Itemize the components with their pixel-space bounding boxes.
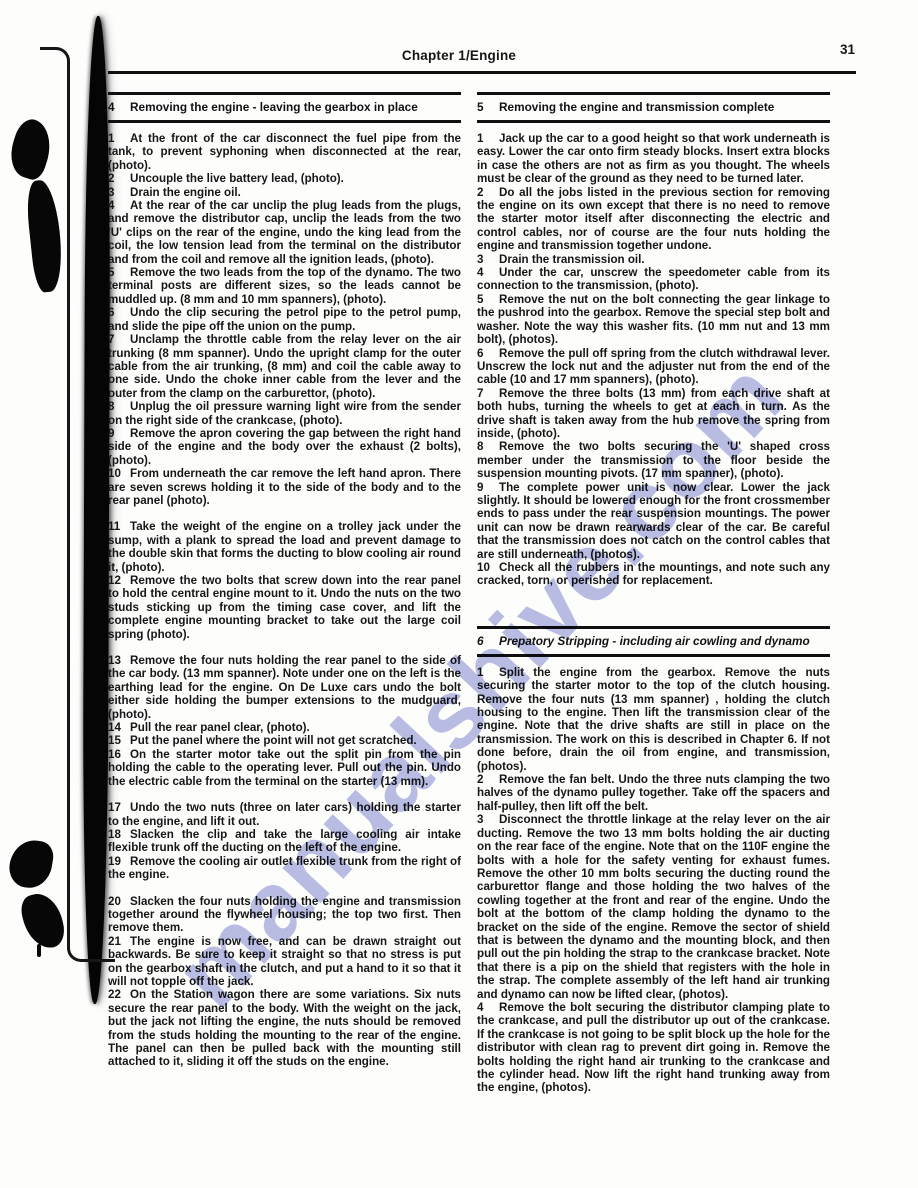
step-number: 13 bbox=[108, 654, 130, 667]
step-number: 1 bbox=[477, 132, 499, 145]
header-rule bbox=[108, 71, 856, 74]
step-number: 2 bbox=[477, 773, 499, 786]
step-number: 7 bbox=[477, 387, 499, 400]
step-number: 18 bbox=[108, 828, 130, 841]
step-number: 10 bbox=[477, 561, 499, 574]
scan-mark bbox=[37, 944, 41, 957]
book-spine-shadow bbox=[82, 16, 110, 1004]
step-number: 8 bbox=[108, 400, 130, 413]
step-number: 5 bbox=[477, 293, 499, 306]
step-6-3: 3Disconnect the throttle linkage at the … bbox=[477, 813, 830, 1001]
step-4-7: 7Unclamp the throttle cable from the rel… bbox=[108, 333, 461, 400]
step-4-17: 17Undo the two nuts (three on later cars… bbox=[108, 801, 461, 828]
step-number: 11 bbox=[108, 520, 130, 533]
section-4: 4Removing the engine - leaving the gearb… bbox=[108, 92, 461, 1069]
step-number: 19 bbox=[108, 855, 130, 868]
step-number: 15 bbox=[108, 734, 130, 747]
section-6-heading: 6Prepatory Stripping - including air cow… bbox=[477, 626, 830, 657]
step-4-2: 2Uncouple the live battery lead, (photo)… bbox=[108, 172, 461, 185]
section-5-heading: 5Removing the engine and transmission co… bbox=[477, 92, 830, 123]
step-number: 7 bbox=[108, 333, 130, 346]
step-4-19: 19Remove the cooling air outlet flexible… bbox=[108, 855, 461, 882]
step-4-18: 18Slacken the clip and take the large co… bbox=[108, 828, 461, 855]
step-4-15: 15Put the panel where the point will not… bbox=[108, 734, 461, 747]
step-number: 12 bbox=[108, 574, 130, 587]
step-5-3: 3Drain the transmission oil. bbox=[477, 253, 830, 266]
step-number: 1 bbox=[477, 666, 499, 679]
step-number: 22 bbox=[108, 988, 130, 1001]
step-6-4: 4Remove the bolt securing the distributo… bbox=[477, 1001, 830, 1095]
step-5-6: 6Remove the pull off spring from the clu… bbox=[477, 347, 830, 387]
step-5-8: 8Remove the two bolts securing the 'U' s… bbox=[477, 440, 830, 480]
step-number: 9 bbox=[108, 427, 130, 440]
step-number: 10 bbox=[108, 467, 130, 480]
step-4-22: 22On the Station wagon there are some va… bbox=[108, 988, 461, 1068]
step-4-9: 9Remove the apron covering the gap betwe… bbox=[108, 427, 461, 467]
step-6-2: 2Remove the fan belt. Undo the three nut… bbox=[477, 773, 830, 813]
step-number: 17 bbox=[108, 801, 130, 814]
section-5: 5Removing the engine and transmission co… bbox=[477, 92, 830, 588]
step-5-10: 10Check all the rubbers in the mountings… bbox=[477, 561, 830, 588]
step-number: 14 bbox=[108, 721, 130, 734]
step-5-7: 7Remove the three bolts (13 mm) from eac… bbox=[477, 387, 830, 441]
step-number: 6 bbox=[108, 306, 130, 319]
step-4-10: 10From underneath the car remove the lef… bbox=[108, 467, 461, 507]
step-number: 6 bbox=[477, 347, 499, 360]
step-6-1: 1Split the engine from the gearbox. Remo… bbox=[477, 666, 830, 773]
step-number: 8 bbox=[477, 440, 499, 453]
step-number: 4 bbox=[108, 199, 130, 212]
step-number: 21 bbox=[108, 935, 130, 948]
section-6: 6Prepatory Stripping - including air cow… bbox=[477, 626, 830, 1095]
step-number: 2 bbox=[477, 186, 499, 199]
step-4-11: 11Take the weight of the engine on a tro… bbox=[108, 520, 461, 574]
section-number: 6 bbox=[477, 634, 499, 648]
step-4-16: 16On the starter motor take out the spli… bbox=[108, 748, 461, 788]
step-4-6: 6Undo the clip securing the petrol pipe … bbox=[108, 306, 461, 333]
step-number: 3 bbox=[477, 813, 499, 826]
step-5-2: 2Do all the jobs listed in the previous … bbox=[477, 186, 830, 253]
step-number: 2 bbox=[108, 172, 130, 185]
section-number: 5 bbox=[477, 100, 499, 114]
step-number: 1 bbox=[108, 132, 130, 145]
step-4-5: 5Remove the two leads from the top of th… bbox=[108, 266, 461, 306]
step-4-8: 8Unplug the oil pressure warning light w… bbox=[108, 400, 461, 427]
step-number: 4 bbox=[477, 266, 499, 279]
step-4-13: 13Remove the four nuts holding the rear … bbox=[108, 654, 461, 721]
section-number: 4 bbox=[108, 100, 130, 114]
page-number: 31 bbox=[840, 42, 855, 57]
step-4-3: 3Drain the engine oil. bbox=[108, 186, 461, 199]
right-column: 5Removing the engine and transmission co… bbox=[477, 92, 830, 1095]
step-number: 3 bbox=[477, 253, 499, 266]
step-4-1: 1At the front of the car disconnect the … bbox=[108, 132, 461, 172]
step-4-14: 14Pull the rear panel clear, (photo). bbox=[108, 721, 461, 734]
step-number: 9 bbox=[477, 481, 499, 494]
chapter-title: Chapter 1/Engine bbox=[0, 48, 918, 63]
step-5-1: 1Jack up the car to a good height so tha… bbox=[477, 132, 830, 186]
step-number: 3 bbox=[108, 186, 130, 199]
step-number: 20 bbox=[108, 895, 130, 908]
step-4-4: 4At the rear of the car unclip the plug … bbox=[108, 199, 461, 266]
section-4-heading: 4Removing the engine - leaving the gearb… bbox=[108, 92, 461, 123]
step-4-20: 20Slacken the four nuts holding the engi… bbox=[108, 895, 461, 935]
step-4-12: 12Remove the two bolts that screw down i… bbox=[108, 574, 461, 641]
step-4-21: 21The engine is now free, and can be dra… bbox=[108, 935, 461, 989]
step-number: 16 bbox=[108, 748, 130, 761]
step-5-4: 4Under the car, unscrew the speedometer … bbox=[477, 266, 830, 293]
left-column: 4Removing the engine - leaving the gearb… bbox=[108, 92, 461, 1069]
step-5-5: 5Remove the nut on the bolt connecting t… bbox=[477, 293, 830, 347]
scanned-page: Chapter 1/Engine 31 4Removing the engine… bbox=[0, 0, 918, 1188]
step-number: 4 bbox=[477, 1001, 499, 1014]
step-number: 5 bbox=[108, 266, 130, 279]
step-5-9: 9The complete power unit is now clear. L… bbox=[477, 481, 830, 561]
